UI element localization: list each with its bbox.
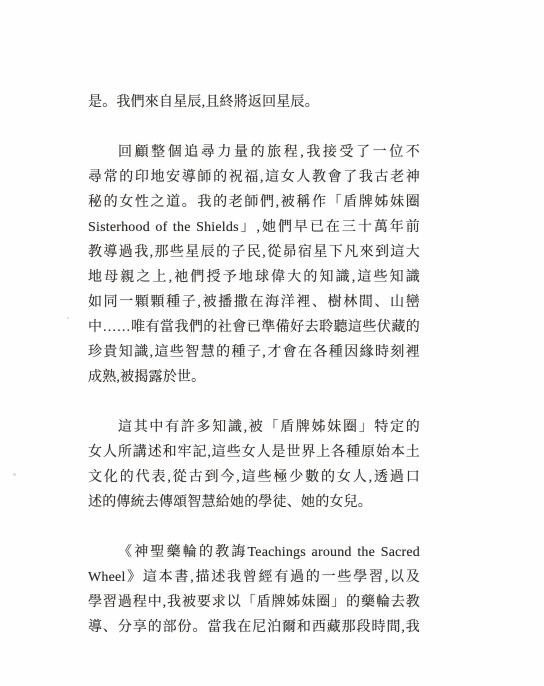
text-line: 《神聖藥輪的教誨Teachings around the Sacred — [88, 540, 420, 565]
text-line: 女人所講述和牢記,這些女人是世界上各種原始本土 — [88, 440, 420, 465]
paragraph: 回顧整個追尋力量的旅程,我接受了一位不尋常的印地安導師的祝福,這女人教會了我古老… — [88, 140, 420, 390]
text-line: 教導過我,那些星辰的子民,從昴宿星下凡來到這大 — [88, 240, 420, 265]
text-line: 尋常的印地安導師的祝福,這女人教會了我古老神 — [88, 165, 420, 190]
text-line: 導、分享的部份。當我在尼泊爾和西藏那段時間,我 — [88, 615, 420, 640]
text-line: 秘的女性之道。我的老師們,被稱作「盾牌姊妹圈 — [88, 190, 420, 215]
text-line: 述的傳統去傳頌智慧給她的學徒、她的女兒。 — [88, 490, 420, 515]
scanned-page: 是。我們來自星辰,且終將返回星辰。回顧整個追尋力量的旅程,我接受了一位不尋常的印… — [0, 0, 544, 686]
text-line: 地母親之上,祂們授予地球偉大的知識,這些知識 — [88, 265, 420, 290]
text-line: 珍貴知識,這些智慧的種子,才會在各種因緣時刻裡 — [88, 340, 420, 365]
text-line: 這其中有許多知識,被「盾牌姊妹圈」特定的 — [88, 415, 420, 440]
scan-speck — [67, 317, 69, 319]
paragraph: 《神聖藥輪的教誨Teachings around the SacredWheel… — [88, 540, 420, 640]
text-line: 學習過程中,我被要求以「盾牌姊妹圈」的藥輪去教 — [88, 590, 420, 615]
text-line: 回顧整個追尋力量的旅程,我接受了一位不 — [88, 140, 420, 165]
page-text: 是。我們來自星辰,且終將返回星辰。回顧整個追尋力量的旅程,我接受了一位不尋常的印… — [88, 90, 420, 640]
text-line: 中……唯有當我們的社會已準備好去聆聽這些伏藏的 — [88, 315, 420, 340]
text-line: Wheel》這本書,描述我曾經有過的一些學習,以及 — [88, 565, 420, 590]
text-line: 成熟,被揭露於世。 — [88, 365, 420, 390]
text-line: 文化的代表,從古到今,這些極少數的女人,透過口 — [88, 465, 420, 490]
text-line: 是。我們來自星辰,且終將返回星辰。 — [88, 90, 420, 115]
text-line: Sisterhood of the Shields」,她們早已在三十萬年前 — [88, 215, 420, 240]
scan-speck — [13, 473, 16, 476]
paragraph: 是。我們來自星辰,且終將返回星辰。 — [88, 90, 420, 115]
paragraph: 這其中有許多知識,被「盾牌姊妹圈」特定的女人所講述和牢記,這些女人是世界上各種原… — [88, 415, 420, 515]
text-line: 如同一顆顆種子,被播撒在海洋裡、樹林間、山巒 — [88, 290, 420, 315]
